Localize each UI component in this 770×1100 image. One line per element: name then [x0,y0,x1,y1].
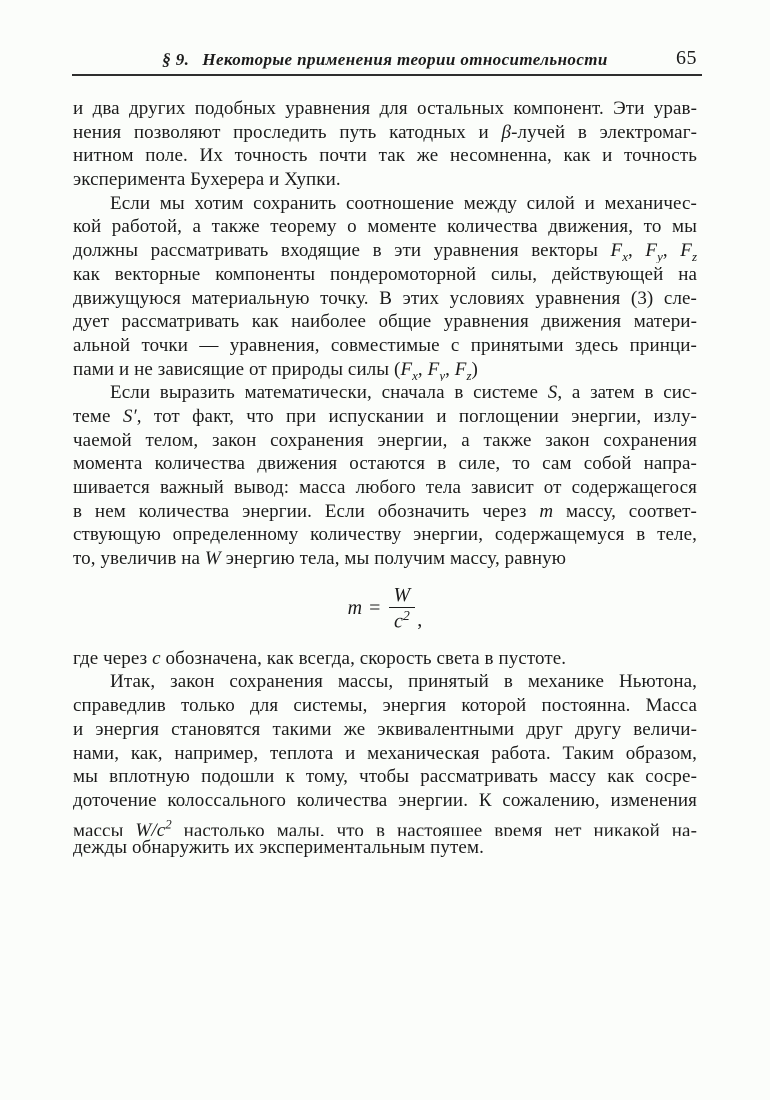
math-symbol: Fx [611,240,628,261]
math-symbol: Fx [400,359,417,380]
text-line: чаемой телом, закон сохранения энергии, … [73,429,697,453]
math-symbol: S [548,382,558,403]
text-line: Итак, закон сохранения массы, принятый в… [73,670,697,694]
text-line: кой работой, а также теорему о моменте к… [73,215,697,239]
text-line: где через c обозначена, как всегда, скор… [73,647,697,671]
text-line: нитном поле. Их точность почти так же не… [73,144,697,168]
text-line: в нем количества энергии. Если обозначит… [73,500,697,524]
book-page: § 9.Некоторые применения теории относите… [0,0,770,1100]
text-line: эксперимента Бухерера и Хупки. [73,168,697,192]
section-number: § 9. [162,50,189,69]
formula-lhs: m [348,597,363,621]
formula-equals: = [369,597,380,621]
display-formula: m=Wc2, [73,571,697,647]
text-line: момента количества движения остаются в с… [73,452,697,476]
text-line: теме S′, тот факт, что при испускании и … [73,405,697,429]
math-symbol: β [502,122,512,143]
text-body: и два других подобных уравнения для оста… [73,97,697,860]
math-symbol: Fz [455,359,472,380]
text-line: ствующую определенному количеству энерги… [73,523,697,547]
text-line: дует рассматривать как наиболее общие ур… [73,310,697,334]
math-symbol: S′ [123,406,137,427]
running-head: § 9.Некоторые применения теории относите… [73,50,697,70]
math-symbol: m [539,501,553,522]
math-symbol: Fz [680,240,697,261]
math-symbol: Fy [645,240,662,261]
text-line: и два других подобных уравнения для оста… [73,97,697,121]
section-title: Некоторые применения теории относительно… [202,50,607,69]
formula-fraction: Wc2 [389,585,416,633]
text-line: Если мы хотим сохранить соотношение межд… [73,192,697,216]
text-line: дежды обнаружить их экспериментальным пу… [73,836,697,860]
math-symbol: c [152,648,161,669]
text-line: должны рассматривать входящие в эти урав… [73,239,697,263]
text-line: массы W/c2 настолько малы, что в настоящ… [73,813,697,837]
text-line: нения позволяют проследить путь катодных… [73,121,697,145]
page-number: 65 [676,47,697,70]
header-rule [72,74,702,76]
text-line: как векторные компоненты пондеромоторной… [73,263,697,287]
text-line: альной точки — уравнения, совместимые с … [73,334,697,358]
page-header: § 9.Некоторые применения теории относите… [73,50,697,74]
text-line: нами, как, например, теплота и механичес… [73,742,697,766]
text-line: мы вплотную подошли к тому, чтобы рассма… [73,765,697,789]
text-line: шивается важный вывод: масса любого тела… [73,476,697,500]
text-line: то, увеличив на W энергию тела, мы получ… [73,547,697,571]
math-symbol: Fy [428,359,445,380]
math-symbol: W/c2 [135,820,171,836]
text-line: и энергия становятся такими же эквивален… [73,718,697,742]
formula-denominator: c2 [389,608,415,633]
text-line: пами и не зависящие от природы силы (Fx,… [73,358,697,382]
text-line: доточение колоссального количества энерг… [73,789,697,813]
formula-numerator: W [389,585,416,607]
text-line: Если выразить математически, сначала в с… [73,381,697,405]
text-line: справедлив только для системы, энергия к… [73,694,697,718]
text-line: движущуюся материальную точку. В этих ус… [73,287,697,311]
math-symbol: W [205,548,221,569]
formula-punctuation: , [417,609,422,647]
